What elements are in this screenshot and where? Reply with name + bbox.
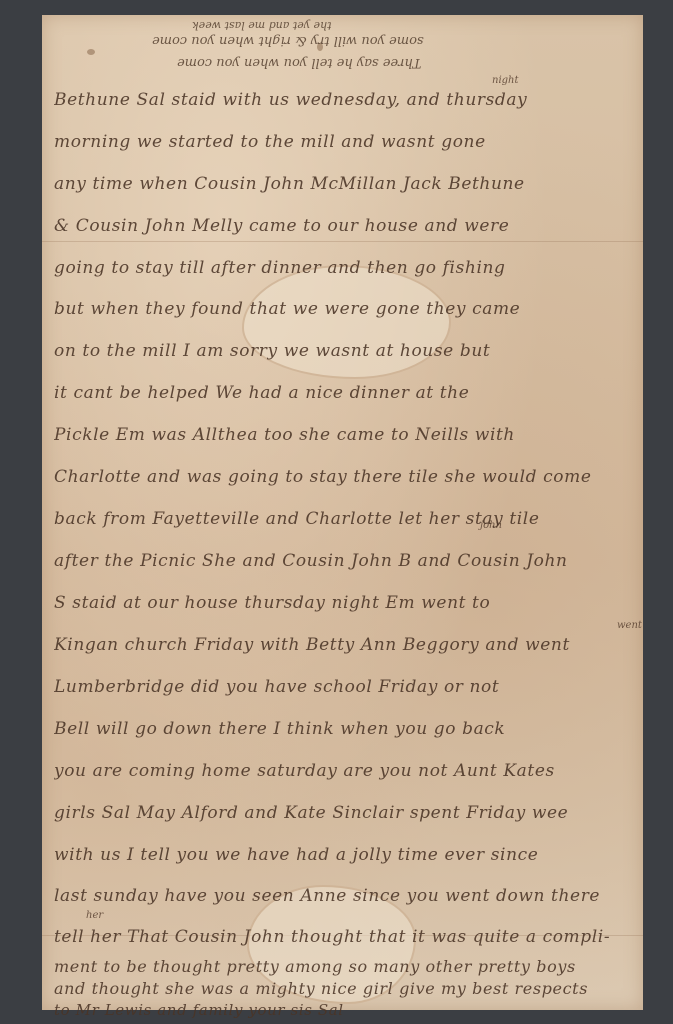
letter-line: you are coming home saturday are you not… xyxy=(54,761,634,781)
letter-line: last sunday have you seen Anne since you… xyxy=(54,886,634,906)
letter-line: tell her That Cousin John thought that i… xyxy=(54,927,634,947)
letter-line: Lumberbridge did you have school Friday … xyxy=(54,677,634,697)
water-stain xyxy=(242,265,451,379)
letter-signature-line: to Mr Lewis and family your sis Sal xyxy=(54,1001,634,1019)
interlinear-insertion: night xyxy=(492,75,519,86)
letter-page: the yet and me last week some you will t… xyxy=(42,15,643,1010)
letter-line: any time when Cousin John McMillan Jack … xyxy=(54,174,634,194)
inverted-postscript-line: Three say he tell you when you come xyxy=(177,55,421,70)
letter-line: Bethune Sal staid with us wednesday, and… xyxy=(54,90,634,110)
interlinear-insertion: her xyxy=(86,910,103,921)
letter-line: and thought she was a mighty nice girl g… xyxy=(54,979,634,998)
letter-line: with us I tell you we have had a jolly t… xyxy=(54,845,634,865)
letter-line: & Cousin John Melly came to our house an… xyxy=(54,216,634,236)
interlinear-insertion: went xyxy=(617,620,642,631)
letter-line: Pickle Em was Allthea too she came to Ne… xyxy=(54,425,634,445)
letter-line: after the Picnic She and Cousin John B a… xyxy=(54,551,634,571)
letter-line: S staid at our house thursday night Em w… xyxy=(54,593,634,613)
letter-line: girls Sal May Alford and Kate Sinclair s… xyxy=(54,803,634,823)
paper-fold-line xyxy=(42,241,643,242)
letter-line: morning we started to the mill and wasnt… xyxy=(54,132,634,152)
letter-line: it cant be helped We had a nice dinner a… xyxy=(54,383,634,403)
letter-line: Bell will go down there I think when you… xyxy=(54,719,634,739)
inverted-postscript-line: the yet and me last week xyxy=(192,19,332,32)
letter-line: Kingan church Friday with Betty Ann Begg… xyxy=(54,635,634,655)
letter-line: going to stay till after dinner and then… xyxy=(54,258,634,278)
letter-line: ment to be thought pretty among so many … xyxy=(54,957,634,976)
letter-line: Charlotte and was going to stay there ti… xyxy=(54,467,634,487)
ink-spot xyxy=(87,49,95,55)
letter-line: on to the mill I am sorry we wasnt at ho… xyxy=(54,341,634,361)
inverted-postscript-line: some you will try & right when you come xyxy=(152,33,424,48)
letter-line: back from Fayetteville and Charlotte let… xyxy=(54,509,634,529)
letter-line: but when they found that we were gone th… xyxy=(54,299,634,319)
